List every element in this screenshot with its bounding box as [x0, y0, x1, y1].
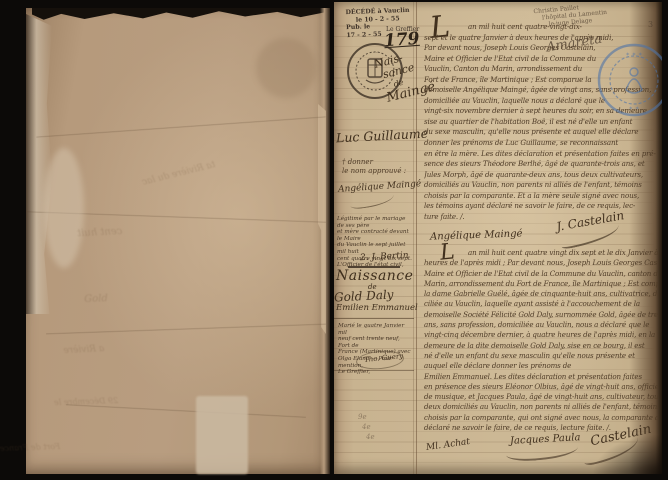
handwritten-line: demoiselle Société Félicité Gold Daly, s… — [424, 310, 658, 320]
handwritten-line: deux domiciliés au Vauclin, non parents … — [424, 402, 658, 412]
handwritten-line: Légitimé par le mariage de ses père — [337, 216, 413, 229]
handwritten-line: ans, sans profession, domiciliée au Vauc… — [424, 320, 658, 330]
handwritten-line: en présence des sieurs Eléonor Olbius, â… — [424, 382, 658, 392]
paper-stain — [44, 148, 84, 268]
scanned-register-spread: ta Rivière du lac cent huit Gold a Riviè… — [0, 0, 668, 480]
act2-text: an mil huit cent quatre vingt dix sept e… — [424, 248, 658, 433]
bleedthrough-text: a Rivière — [63, 344, 104, 356]
handwritten-line: vingt-cinq décembre dernier, à quatre he… — [424, 330, 658, 340]
left-blank-page: ta Rivière du lac cent huit Gold a Riviè… — [26, 8, 330, 474]
handwritten-line: de musique, et Jacques Paula, âgé de vin… — [424, 392, 658, 402]
paper-stain — [256, 38, 316, 98]
handwritten-line: Marin, arrondissement du Fort de France,… — [424, 279, 658, 289]
bleedthrough-text: Fort de France et Décembre le — [0, 442, 60, 455]
mention1-line: † donner — [342, 158, 406, 167]
margin-rule-line — [334, 370, 414, 371]
paper-crease — [36, 116, 325, 138]
handwritten-line: choisis par la comparante, qui ont signé… — [424, 413, 658, 423]
pencil-mark: 4e — [366, 432, 375, 442]
margin-pencil-marks: 9e 4e 4e — [358, 412, 375, 442]
svg-text:✶ ✶ ✶: ✶ ✶ ✶ — [625, 51, 643, 58]
bleedthrough-text: Gold — [84, 293, 108, 305]
paper-crease — [66, 404, 306, 419]
act2-margin-name2: Emilien Emmanuel — [336, 303, 418, 313]
mention1-line: le nom approuvé : — [342, 167, 406, 176]
handwritten-line: donner les prénoms de Luc Guillaume, se … — [424, 138, 658, 149]
right-register-page: 3 Christin Paillet l'hôpital du Lamentin… — [334, 2, 662, 474]
handwritten-line: neuf cent trente neuf, Fort de — [338, 336, 412, 349]
margin-mention1: † donner le nom approuvé : — [342, 158, 406, 176]
handwritten-line: sise au quartier de l'habitation Boë, il… — [424, 117, 658, 128]
handwritten-line: en être la mère. Les dites déclaration e… — [424, 149, 658, 160]
svg-text:✶ ✶: ✶ ✶ — [629, 105, 640, 112]
handwritten-line: choisis par la comparante. Et a la mère … — [424, 191, 658, 202]
handwritten-line: an mil huit cent quatre-vingt-dix- — [424, 22, 658, 33]
act2-margin-title: Naissance — [336, 268, 413, 284]
torn-top-edge — [32, 8, 324, 21]
pencil-mark: 4e — [362, 422, 375, 432]
bleedthrough-text: cent huit — [77, 226, 123, 239]
handwritten-line: domiciliés au Vauclin, non parents ni al… — [424, 180, 658, 191]
handwritten-line: la dame Gabrielle Guélé, âgée de cinquan… — [424, 289, 658, 299]
handwritten-line: Jules Morph, âgé de quarante-deux ans, t… — [424, 170, 658, 181]
svg-text:· · · ·: · · · · — [369, 50, 381, 56]
handwritten-line: demeure de la dite demoiselle Gold Daly,… — [424, 341, 658, 351]
paper-crease — [46, 323, 326, 335]
handwritten-line: du sexe masculin, qu'elle nous présente … — [424, 127, 658, 138]
handwritten-line: ciliée au Vauclin, laquelle ayant assist… — [424, 299, 658, 309]
handwritten-line: et mère contracté devant le Maire — [337, 229, 413, 242]
handwritten-line: né d'elle un enfant du sexe masculin qu'… — [424, 351, 658, 361]
pencil-mark: 9e — [358, 412, 375, 422]
margin-rule-line — [334, 318, 414, 319]
torn-left-edge — [26, 14, 52, 314]
handwritten-line: Maire et Officier de l'Etat civil de la … — [424, 269, 658, 279]
repair-patch — [196, 396, 248, 474]
handwritten-line: an mil huit cent quatre vingt dix sept e… — [424, 248, 658, 258]
handwritten-line: sence des sieurs Théodore Berlhé, âgé de… — [424, 159, 658, 170]
tribunal-seal-stamp-icon: ✶ ✶ ✶ ✶ ✶ — [596, 42, 662, 118]
handwritten-line: auquel elle déclare donner les prénoms d… — [424, 361, 658, 371]
handwritten-line: Marié le quatre Janvier mil — [338, 323, 412, 336]
bleedthrough-text: ta Rivière du lac — [141, 160, 216, 188]
handwritten-line: heures de l'après midi ; Par devant nous… — [424, 258, 658, 268]
handwritten-line: Emilien Emmanuel. Les dites déclaration … — [424, 372, 658, 382]
